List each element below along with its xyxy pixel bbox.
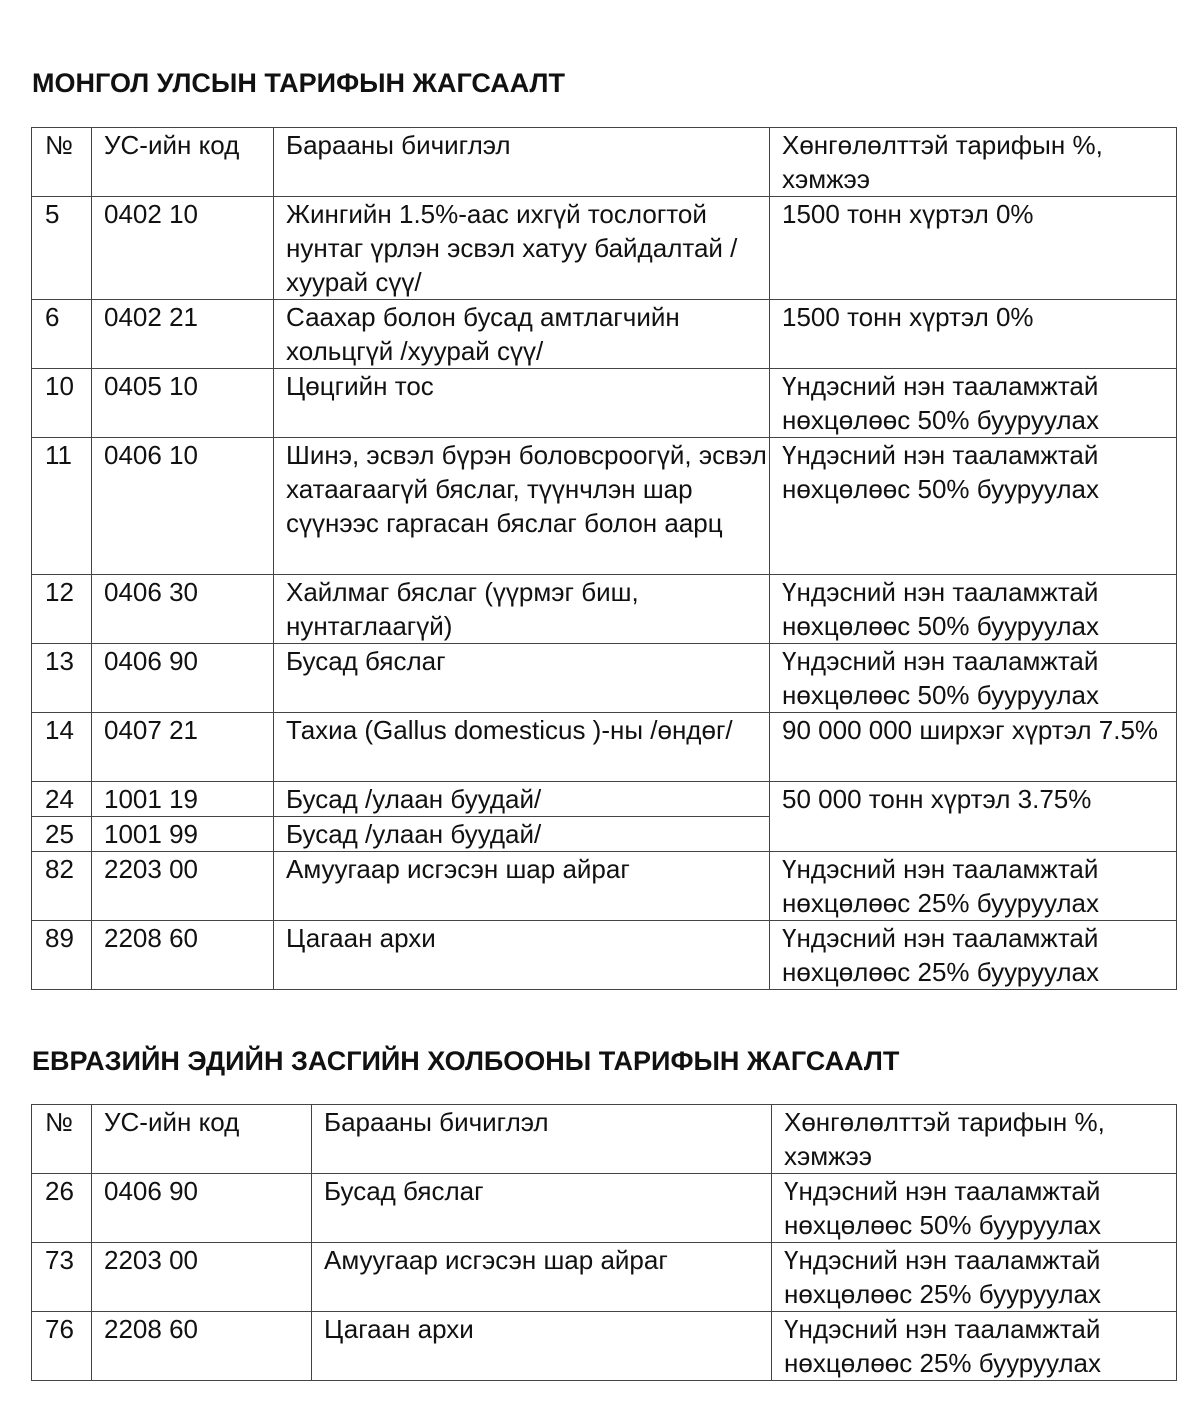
row-description: Хайлмаг бяслаг (үүрмэг биш, нунтаглаагүй… (274, 575, 770, 644)
table-header-row: № УС-ийн код Барааны бичиглэл Хөнгөлөлтт… (32, 1105, 1177, 1174)
row-rate: Үндэсний нэн тааламжтай нөхцөлөөс 50% бу… (770, 369, 1177, 438)
table-row: 14 0407 21 Тахиа (Gallus domesticus )-ны… (32, 713, 1177, 782)
row-description: Тахиа (Gallus domesticus )-ны /өндөг/ (274, 713, 770, 782)
row-description: Шинэ, эсвэл бүрэн боловсроогүй, эсвэл ха… (274, 438, 770, 575)
header-number: № (32, 1105, 92, 1174)
row-hs-code: 0406 90 (92, 644, 274, 713)
row-description: Цагаан архи (274, 921, 770, 990)
row-number: 6 (32, 300, 92, 369)
header-preferential-rate: Хөнгөлөлттэй тарифын %, хэмжээ (770, 128, 1177, 197)
row-rate: 1500 тонн хүртэл 0% (770, 300, 1177, 369)
header-number: № (32, 128, 92, 197)
row-rate: Үндэсний нэн тааламжтай нөхцөлөөс 25% бу… (770, 921, 1177, 990)
mongolia-tariff-table: № УС-ийн код Барааны бичиглэл Хөнгөлөлтт… (31, 127, 1177, 990)
row-description: Цагаан архи (312, 1312, 772, 1381)
row-rate: 1500 тонн хүртэл 0% (770, 197, 1177, 300)
row-hs-code: 0402 10 (92, 197, 274, 300)
header-description: Барааны бичиглэл (312, 1105, 772, 1174)
row-description: Цөцгийн тос (274, 369, 770, 438)
row-description: Амуугаар исгэсэн шар айраг (274, 852, 770, 921)
row-number: 25 (32, 817, 92, 852)
row-rate: Үндэсний нэн тааламжтай нөхцөлөөс 50% бу… (770, 644, 1177, 713)
row-number: 14 (32, 713, 92, 782)
row-hs-code: 0406 30 (92, 575, 274, 644)
table-row: 24 1001 19 Бусад /улаан буудай/ 50 000 т… (32, 782, 1177, 817)
row-hs-code: 1001 99 (92, 817, 274, 852)
row-hs-code: 0406 10 (92, 438, 274, 575)
header-hs-code: УС-ийн код (92, 1105, 312, 1174)
row-number: 11 (32, 438, 92, 575)
row-hs-code: 2208 60 (92, 921, 274, 990)
header-description: Барааны бичиглэл (274, 128, 770, 197)
row-number: 76 (32, 1312, 92, 1381)
row-hs-code: 0402 21 (92, 300, 274, 369)
mongolia-tariff-list-title: МОНГОЛ УЛСЫН ТАРИФЫН ЖАГСААЛТ (32, 68, 565, 99)
table-row: 12 0406 30 Хайлмаг бяслаг (үүрмэг биш, н… (32, 575, 1177, 644)
table-row: 26 0406 90 Бусад бяслаг Үндэсний нэн таа… (32, 1174, 1177, 1243)
row-description: Бусад /улаан буудай/ (274, 817, 770, 852)
row-rate: 90 000 000 ширхэг хүртэл 7.5% (770, 713, 1177, 782)
row-number: 73 (32, 1243, 92, 1312)
row-number: 13 (32, 644, 92, 713)
table-row: 13 0406 90 Бусад бяслаг Үндэсний нэн таа… (32, 644, 1177, 713)
table-header-row: № УС-ийн код Барааны бичиглэл Хөнгөлөлтт… (32, 128, 1177, 197)
row-rate: Үндэсний нэн тааламжтай нөхцөлөөс 50% бу… (770, 438, 1177, 575)
row-description: Саахар болон бусад амтлагчийн хольцгүй /… (274, 300, 770, 369)
header-hs-code: УС-ийн код (92, 128, 274, 197)
row-hs-code: 1001 19 (92, 782, 274, 817)
row-rate-merged: 50 000 тонн хүртэл 3.75% (770, 782, 1177, 852)
row-hs-code: 0406 90 (92, 1174, 312, 1243)
row-rate: Үндэсний нэн тааламжтай нөхцөлөөс 25% бу… (772, 1243, 1177, 1312)
row-number: 26 (32, 1174, 92, 1243)
header-preferential-rate: Хөнгөлөлттэй тарифын %, хэмжээ (772, 1105, 1177, 1174)
table-row: 82 2203 00 Амуугаар исгэсэн шар айраг Үн… (32, 852, 1177, 921)
eaeu-tariff-list-title: ЕВРАЗИЙН ЭДИЙН ЗАСГИЙН ХОЛБООНЫ ТАРИФЫН … (32, 1046, 899, 1077)
row-hs-code: 0407 21 (92, 713, 274, 782)
eaeu-tariff-table: № УС-ийн код Барааны бичиглэл Хөнгөлөлтт… (31, 1104, 1177, 1381)
row-rate: Үндэсний нэн тааламжтай нөхцөлөөс 25% бу… (770, 852, 1177, 921)
row-number: 10 (32, 369, 92, 438)
row-description: Бусад бяслаг (312, 1174, 772, 1243)
row-number: 89 (32, 921, 92, 990)
table-row: 73 2203 00 Амуугаар исгэсэн шар айраг Үн… (32, 1243, 1177, 1312)
table-row: 89 2208 60 Цагаан архи Үндэсний нэн таал… (32, 921, 1177, 990)
row-rate: Үндэсний нэн тааламжтай нөхцөлөөс 25% бу… (772, 1312, 1177, 1381)
row-number: 5 (32, 197, 92, 300)
table-row: 6 0402 21 Саахар болон бусад амтлагчийн … (32, 300, 1177, 369)
row-rate: Үндэсний нэн тааламжтай нөхцөлөөс 50% бу… (770, 575, 1177, 644)
row-description: Жингийн 1.5%-аас ихгүй тослогтой нунтаг … (274, 197, 770, 300)
table-row: 5 0402 10 Жингийн 1.5%-аас ихгүй тослогт… (32, 197, 1177, 300)
row-number: 82 (32, 852, 92, 921)
table-row: 11 0406 10 Шинэ, эсвэл бүрэн боловсроогү… (32, 438, 1177, 575)
row-rate: Үндэсний нэн тааламжтай нөхцөлөөс 50% бу… (772, 1174, 1177, 1243)
row-description: Амуугаар исгэсэн шар айраг (312, 1243, 772, 1312)
table-row: 10 0405 10 Цөцгийн тос Үндэсний нэн таал… (32, 369, 1177, 438)
row-description: Бусад бяслаг (274, 644, 770, 713)
row-description: Бусад /улаан буудай/ (274, 782, 770, 817)
row-hs-code: 0405 10 (92, 369, 274, 438)
row-number: 24 (32, 782, 92, 817)
table-row: 76 2208 60 Цагаан архи Үндэсний нэн таал… (32, 1312, 1177, 1381)
row-number: 12 (32, 575, 92, 644)
row-hs-code: 2208 60 (92, 1312, 312, 1381)
row-hs-code: 2203 00 (92, 1243, 312, 1312)
row-hs-code: 2203 00 (92, 852, 274, 921)
